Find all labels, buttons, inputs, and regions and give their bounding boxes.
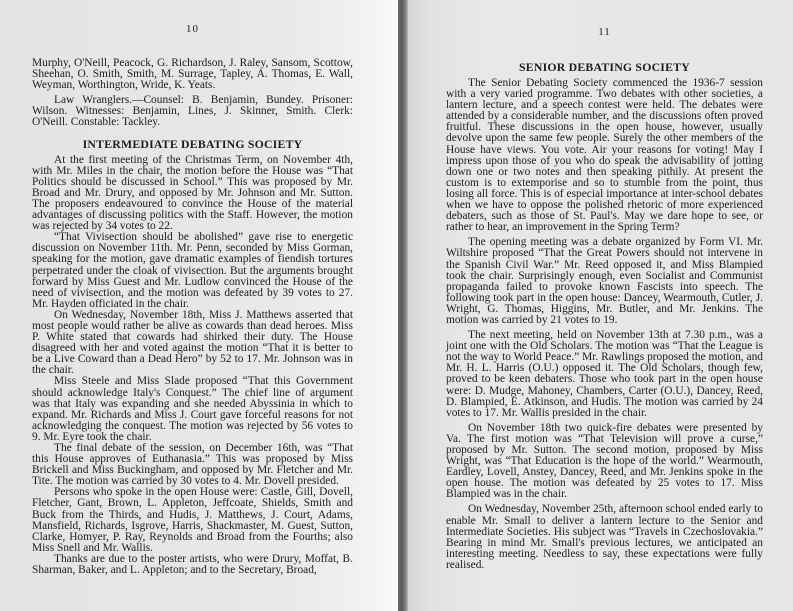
paragraph: On November 18th two quick-fire debates … <box>446 423 763 501</box>
left-page: 10 Murphy, O'Neill, Peacock, G. Richards… <box>0 0 398 611</box>
paragraph: Persons who spoke in the open House were… <box>32 487 353 554</box>
paragraph: The final debate of the session, on Dece… <box>32 443 353 487</box>
section-title-senior: SENIOR DEBATING SOCIETY <box>446 60 763 75</box>
right-page: 11 SENIOR DEBATING SOCIETY The Senior De… <box>408 0 793 611</box>
paragraph: The next meeting, held on November 13th … <box>446 330 763 419</box>
paragraph: “That Vivisection should be abolished” g… <box>32 232 353 310</box>
paragraph: Thanks are due to the poster artists, wh… <box>32 554 353 576</box>
paragraph: At the first meeting of the Christmas Te… <box>32 155 353 233</box>
paragraph: The Senior Debating Society commenced th… <box>446 78 763 233</box>
book-gutter <box>398 0 408 611</box>
section-title-intermediate: INTERMEDIATE DEBATING SOCIETY <box>32 137 353 152</box>
page-number-left: 10 <box>32 0 353 36</box>
paragraph: On Wednesday, November 18th, Miss J. Mat… <box>32 310 353 377</box>
continued-name-list: Murphy, O'Neill, Peacock, G. Richardson,… <box>32 58 353 91</box>
paragraph: On Wednesday, November 25th, afternoon s… <box>446 504 763 571</box>
paragraph: The opening meeting was a debate organiz… <box>446 237 763 326</box>
page-number-right: 11 <box>446 0 763 39</box>
paragraph: Miss Steele and Miss Slade proposed “Tha… <box>32 376 353 443</box>
book-spread: 10 Murphy, O'Neill, Peacock, G. Richards… <box>0 0 793 611</box>
law-wranglers-paragraph: Law Wranglers.—Counsel: B. Benjamin, Bun… <box>32 95 353 128</box>
